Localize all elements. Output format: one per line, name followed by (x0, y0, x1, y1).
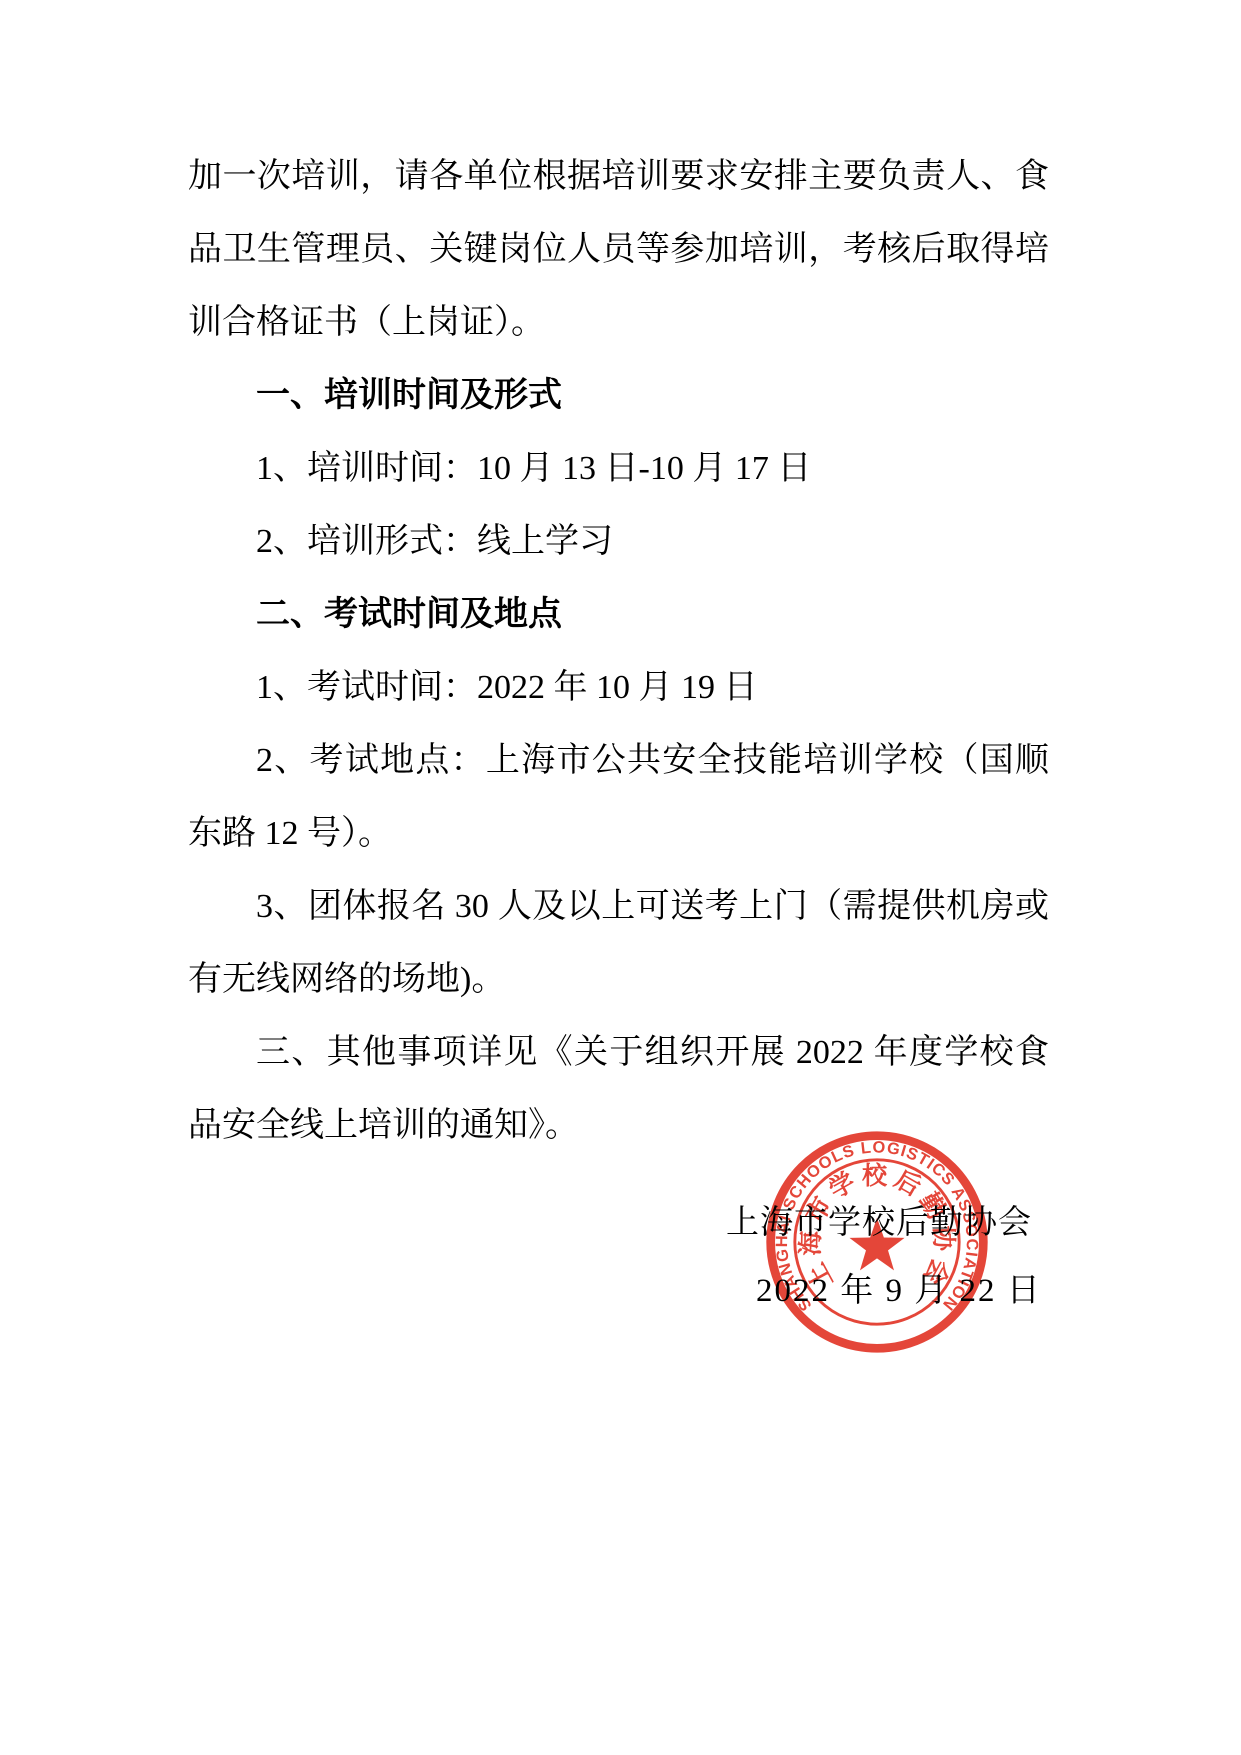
item-group-registration: 3、团体报名 30 人及以上可送考上门（需提供机房或有无线网络的场地)。 (188, 870, 1049, 1016)
item-exam-time: 1、考试时间：2022 年 10 月 19 日 (188, 651, 1049, 724)
item-training-time: 1、培训时间：10 月 13 日-10 月 17 日 (188, 432, 1049, 505)
section-heading-training-time-format: 一、培训时间及形式 (188, 359, 1049, 432)
document-body: 加一次培训，请各单位根据培训要求安排主要负责人、食品卫生管理员、关键岗位人员等参… (188, 140, 1049, 1162)
item-training-format: 2、培训形式：线上学习 (188, 505, 1049, 578)
document-page: 加一次培训，请各单位根据培训要求安排主要负责人、食品卫生管理员、关键岗位人员等参… (0, 0, 1241, 1755)
star-icon (849, 1218, 904, 1270)
section-heading-exam-time-location: 二、考试时间及地点 (188, 578, 1049, 651)
seal-graphic: SHANGHAI SCHOOLS LOGISTICS ASSOCIATION 上… (761, 1126, 993, 1358)
item-exam-location: 2、考试地点：上海市公共安全技能培训学校（国顺东路 12 号）。 (188, 724, 1049, 870)
paragraph-continuation: 加一次培训，请各单位根据培训要求安排主要负责人、食品卫生管理员、关键岗位人员等参… (188, 140, 1049, 359)
official-seal-stamp: SHANGHAI SCHOOLS LOGISTICS ASSOCIATION 上… (761, 1126, 993, 1358)
